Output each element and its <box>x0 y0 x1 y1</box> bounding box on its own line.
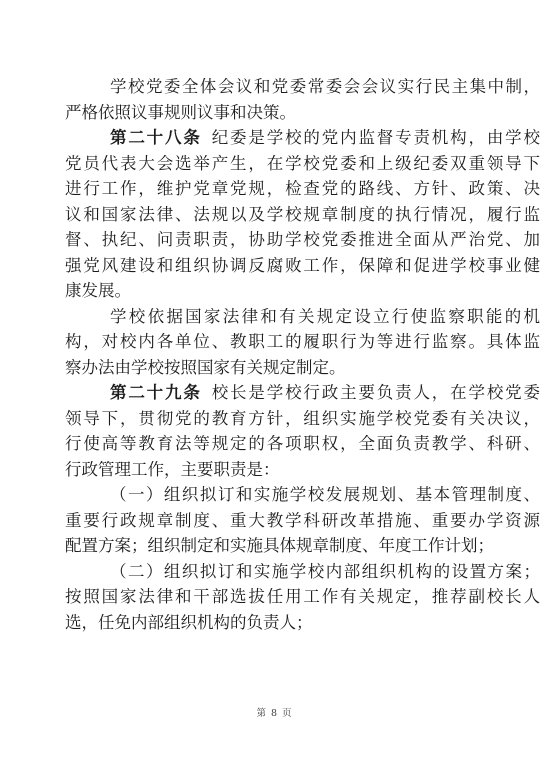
paragraph: 学校党委全体会议和党委常委会会议实行民主集中制，严格依照议事规则议事和决策。 <box>65 74 540 125</box>
text-line: 第二十八条纪委是学校的党内监督专责机构，由学校 <box>65 125 540 151</box>
text-line: （二）组织拟订和实施学校内部组织机构的设置方案； <box>65 559 540 585</box>
paragraph: （二）组织拟订和实施学校内部组织机构的设置方案；按照国家法律和干部选拔任用工作有… <box>65 559 540 636</box>
text-line: 按照国家法律和干部选拔任用工作有关规定，推荐副校长人 <box>65 584 540 610</box>
document-body: 学校党委全体会议和党委常委会会议实行民主集中制，严格依照议事规则议事和决策。第二… <box>65 74 540 635</box>
text-line: 强党风建设和组织协调反腐败工作，保障和促进学校事业健 <box>65 253 540 279</box>
paragraph: 第二十九条校长是学校行政主要负责人，在学校党委领导下，贯彻党的教育方针，组织实施… <box>65 380 540 482</box>
paragraph: 学校依据国家法律和有关规定设立行使监察职能的机构，对校内各单位、教职工的履职行为… <box>65 304 540 381</box>
text-line: 第二十九条校长是学校行政主要负责人，在学校党委 <box>65 380 540 406</box>
paragraph: （一）组织拟订和实施学校发展规划、基本管理制度、重要行政规章制度、重大教学科研改… <box>65 482 540 559</box>
text-line: 构，对校内各单位、教职工的履职行为等进行监察。具体监 <box>65 329 540 355</box>
text-line: 党员代表大会选举产生，在学校党委和上级纪委双重领导下 <box>65 151 540 177</box>
text-line: 配置方案；组织制定和实施具体规章制度、年度工作计划； <box>65 533 540 559</box>
text-line: 学校党委全体会议和党委常委会会议实行民主集中制， <box>65 74 540 100</box>
text-line: 选，任免内部组织机构的负责人； <box>65 610 540 636</box>
article-number: 第二十九条 <box>110 383 202 402</box>
text-line: 严格依照议事规则议事和决策。 <box>65 100 540 126</box>
text-line: 察办法由学校按照国家有关规定制定。 <box>65 355 540 381</box>
text-line: 议和国家法律、法规以及学校规章制度的执行情况，履行监 <box>65 202 540 228</box>
text-line: 行政管理工作，主要职责是： <box>65 457 540 483</box>
text-line: 行使高等教育法等规定的各项职权，全面负责教学、科研、 <box>65 431 540 457</box>
text-line: 督、执纪、问责职责，协助学校党委推进全面从严治党、加 <box>65 227 540 253</box>
document-page: 学校党委全体会议和党委常委会会议实行民主集中制，严格依照议事规则议事和决策。第二… <box>0 0 549 777</box>
article-number: 第二十八条 <box>110 128 202 147</box>
paragraph: 第二十八条纪委是学校的党内监督专责机构，由学校党员代表大会选举产生，在学校党委和… <box>65 125 540 304</box>
page-number: 第 8 页 <box>0 705 549 719</box>
text-line: 康发展。 <box>65 278 540 304</box>
text-line: （一）组织拟订和实施学校发展规划、基本管理制度、 <box>65 482 540 508</box>
text-line: 进行工作，维护党章党规，检查党的路线、方针、政策、决 <box>65 176 540 202</box>
text-line: 学校依据国家法律和有关规定设立行使监察职能的机 <box>65 304 540 330</box>
text-line: 重要行政规章制度、重大教学科研改革措施、重要办学资源 <box>65 508 540 534</box>
text-line: 领导下，贯彻党的教育方针，组织实施学校党委有关决议， <box>65 406 540 432</box>
